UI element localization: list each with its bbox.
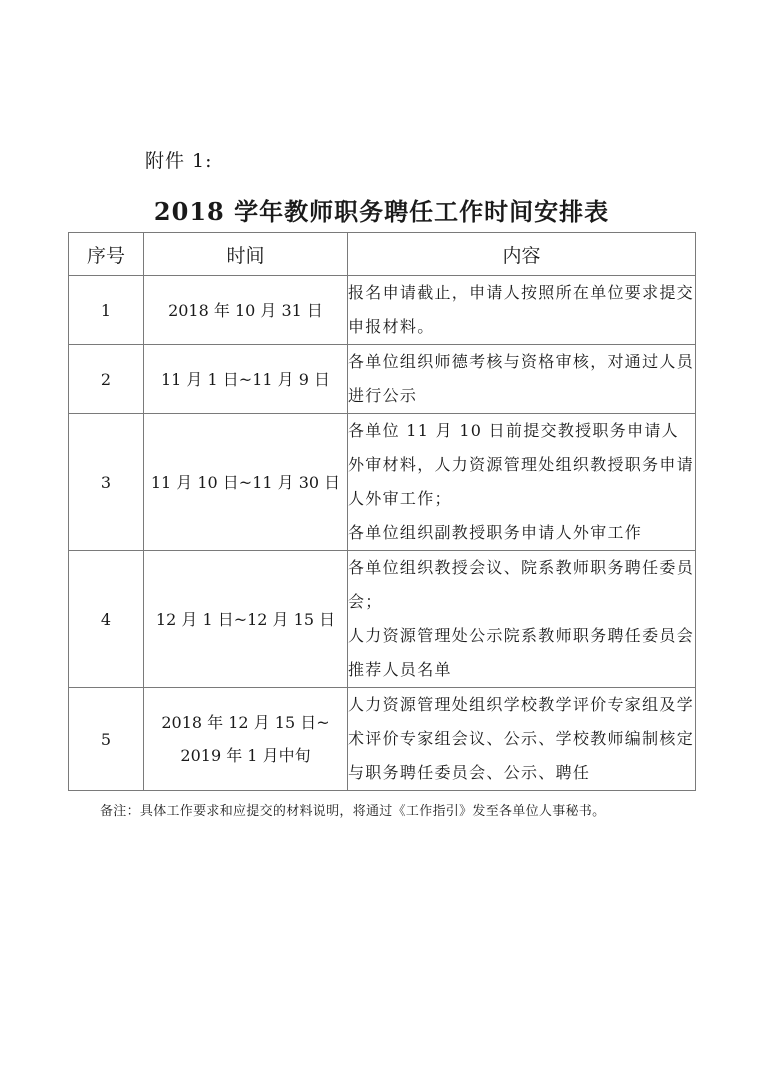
content-paragraph: 各单位组织副教授职务申请人外审工作 [348,516,695,550]
time-line: 12 月 1 日~12 月 15 日 [144,603,347,636]
time-line: 2018 年 10 月 31 日 [144,294,347,327]
row-time: 11 月 10 日~11 月 30 日 [144,414,348,551]
row-content: 各单位组织教授会议、院系教师职务聘任委员会； 人力资源管理处公示院系教师职务聘任… [348,551,696,688]
row-time: 2018 年 12 月 15 日~ 2019 年 1 月中旬 [144,688,348,791]
time-line: 11 月 1 日~11 月 9 日 [144,363,347,396]
table-row: 2 11 月 1 日~11 月 9 日 各单位组织师德考核与资格审核，对通过人员… [69,345,696,414]
row-seq: 4 [69,551,144,688]
table-row: 5 2018 年 12 月 15 日~ 2019 年 1 月中旬 人力资源管理处… [69,688,696,791]
table-row: 1 2018 年 10 月 31 日 报名申请截止，申请人按照所在单位要求提交申… [69,276,696,345]
content-paragraph: 各单位 11 月 10 日前提交教授职务申请人外审材料，人力资源管理处组织教授职… [348,414,695,516]
header-time: 时间 [144,233,348,276]
row-content: 人力资源管理处组织学校教学评价专家组及学术评价专家组会议、公示、学校教师编制核定… [348,688,696,791]
row-seq: 2 [69,345,144,414]
table-header-row: 序号 时间 内容 [69,233,696,276]
row-content: 报名申请截止，申请人按照所在单位要求提交申报材料。 [348,276,696,345]
content-paragraph: 各单位组织教授会议、院系教师职务聘任委员会； [348,551,695,619]
content-paragraph: 人力资源管理处组织学校教学评价专家组及学术评价专家组会议、公示、学校教师编制核定… [348,688,695,790]
content-paragraph: 人力资源管理处公示院系教师职务聘任委员会推荐人员名单 [348,619,695,687]
row-time: 11 月 1 日~11 月 9 日 [144,345,348,414]
row-time: 12 月 1 日~12 月 15 日 [144,551,348,688]
content-paragraph: 各单位组织师德考核与资格审核，对通过人员进行公示 [348,345,695,413]
schedule-table: 序号 时间 内容 1 2018 年 10 月 31 日 报名申请截止，申请人按照… [68,232,696,791]
row-seq: 5 [69,688,144,791]
footnote: 备注：具体工作要求和应提交的材料说明，将通过《工作指引》发至各单位人事秘书。 [100,800,605,819]
table-row: 4 12 月 1 日~12 月 15 日 各单位组织教授会议、院系教师职务聘任委… [69,551,696,688]
attachment-label: 附件 1: [145,146,213,173]
row-seq: 3 [69,414,144,551]
time-line: 11 月 10 日~11 月 30 日 [144,466,347,499]
row-seq: 1 [69,276,144,345]
content-paragraph: 报名申请截止，申请人按照所在单位要求提交申报材料。 [348,276,695,344]
header-seq: 序号 [69,233,144,276]
row-content: 各单位 11 月 10 日前提交教授职务申请人外审材料，人力资源管理处组织教授职… [348,414,696,551]
document-title: 2018 学年教师职务聘任工作时间安排表 [0,192,763,227]
time-line: 2018 年 12 月 15 日~ [144,706,347,739]
row-content: 各单位组织师德考核与资格审核，对通过人员进行公示 [348,345,696,414]
table-row: 3 11 月 10 日~11 月 30 日 各单位 11 月 10 日前提交教授… [69,414,696,551]
time-line: 2019 年 1 月中旬 [144,739,347,772]
header-content: 内容 [348,233,696,276]
row-time: 2018 年 10 月 31 日 [144,276,348,345]
